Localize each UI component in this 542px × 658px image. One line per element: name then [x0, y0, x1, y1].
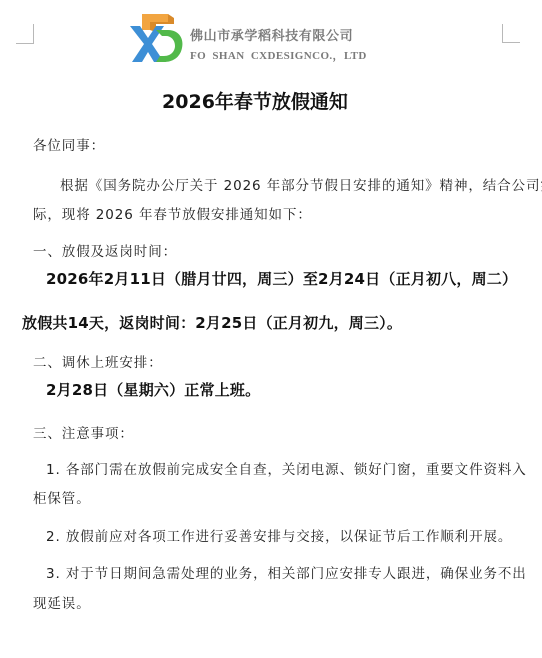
intro-paragraph-line-1: 根据《国务院办公厅关于 2026 年部分节假日安排的通知》精神，结合公司实: [60, 174, 542, 194]
notice-item-1-line-1: 1. 各部门需在放假前完成安全自查，关闭电源、锁好门窗，重要文件资料入: [46, 458, 527, 478]
salutation: 各位同事：: [33, 134, 105, 154]
page-corner-mark-left: [16, 24, 34, 44]
company-name-en: FO SHAN CXDESIGNCO.，LTD: [190, 47, 367, 63]
notice-item-3-line-1: 3. 对于节日期间急需处理的业务，相关部门应安排专人跟进，确保业务不出: [46, 562, 527, 582]
return-date: 放假共14天，返岗时间：2月25日（正月初九，周三）。: [22, 312, 402, 333]
document-title: 2026年春节放假通知: [0, 87, 510, 114]
cxd-logo-icon: [128, 10, 184, 64]
notice-item-2: 2. 放假前应对各项工作进行妥善安排与交接，以保证节后工作顺利开展。: [46, 525, 512, 545]
section-3-heading: 三、注意事项：: [33, 422, 134, 442]
section-2-heading: 二、调休上班安排：: [33, 351, 163, 371]
notice-item-3-line-2: 现延误。: [33, 592, 91, 612]
company-name-cn: 佛山市承学稻科技有限公司: [190, 25, 353, 44]
page-corner-mark-right: [502, 24, 520, 43]
intro-paragraph-line-2: 际，现将 2026 年春节放假安排通知如下：: [33, 203, 312, 223]
section-1-heading: 一、放假及返岗时间：: [33, 240, 177, 260]
notice-item-1-line-2: 柜保管。: [33, 487, 91, 507]
holiday-period: 2026年2月11日（腊月廿四，周三）至2月24日（正月初八，周二）: [46, 268, 517, 289]
makeup-workday: 2月28日（星期六）正常上班。: [46, 379, 260, 400]
